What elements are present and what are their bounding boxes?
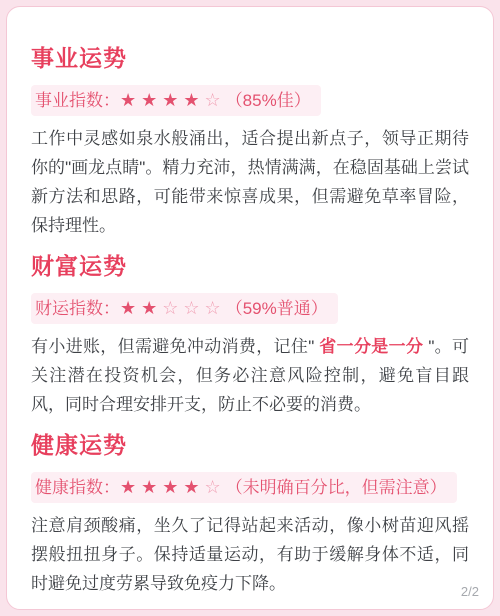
health-star-rating-empty: ☆ [205,477,226,497]
wealth-paragraph-text: 有小进账，但需避免冲动消费，记住" [31,337,319,356]
career-section-title: 事业运势 [31,45,469,72]
health-index-label: 健康指数： [35,478,120,497]
career-paragraph: 工作中灵感如泉水般涌出，适合提出新点子，领导正期待你的"画龙点睛"。精力充沛，热… [31,124,469,240]
career-rating-text: （85%佳） [226,91,311,110]
health-index-row: 健康指数：★★★★☆（未明确百分比，但需注意） [31,472,457,503]
career-section: 事业运势 事业指数：★★★★☆（85%佳） 工作中灵感如泉水般涌出，适合提出新点… [31,45,469,240]
wealth-index-row: 财运指数：★★☆☆☆（59%普通） [31,293,338,324]
wealth-highlight-phrase: 省一分是一分 [319,337,423,356]
health-rating-text: （未明确百分比，但需注意） [226,478,447,497]
wealth-star-rating-filled: ★★ [120,298,162,318]
health-paragraph: 注意肩颈酸痛，坐久了记得站起来活动，像小树苗迎风摇摆般扭扭身子。保持适量运动，有… [31,511,469,598]
health-section-title: 健康运势 [31,432,469,459]
wealth-star-rating-empty: ☆☆☆ [162,298,225,318]
career-index-label: 事业指数： [35,91,120,110]
wealth-section-title: 财富运势 [31,253,469,280]
health-paragraph-text: 注意肩颈酸痛，坐久了记得站起来活动，像小树苗迎风摇摆般扭扭身子。保持适量运动，有… [31,516,469,593]
fortune-card: 事业运势 事业指数：★★★★☆（85%佳） 工作中灵感如泉水般涌出，适合提出新点… [6,6,494,610]
wealth-rating-text: （59%普通） [226,299,328,318]
career-star-rating-filled: ★★★★ [120,90,205,110]
career-index-row: 事业指数：★★★★☆（85%佳） [31,85,321,116]
health-star-rating-filled: ★★★★ [120,477,205,497]
wealth-index-label: 财运指数： [35,299,120,318]
career-star-rating-empty: ☆ [205,90,226,110]
career-paragraph-text: 工作中灵感如泉水般涌出，适合提出新点子，领导正期待你的"画龙点睛"。精力充沛，热… [31,129,469,235]
page-indicator: 2/2 [461,584,479,599]
health-section: 健康运势 健康指数：★★★★☆（未明确百分比，但需注意） 注意肩颈酸痛，坐久了记… [31,432,469,598]
wealth-paragraph: 有小进账，但需避免冲动消费，记住" 省一分是一分 "。可关注潜在投资机会，但务必… [31,332,469,419]
wealth-section: 财富运势 财运指数：★★☆☆☆（59%普通） 有小进账，但需避免冲动消费，记住"… [31,253,469,419]
page-background: { "page": { "indicator": "2/2" }, "color… [0,0,500,616]
